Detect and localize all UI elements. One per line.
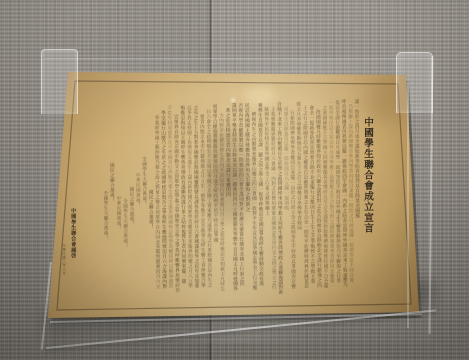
acrylic-right-arm <box>396 52 433 113</box>
acrylic-front-panel <box>44 58 434 343</box>
museum-display-photo: 課一島於之四月成全謀促新等阽青特周以自除莫北國罷乃舉聯上謀內新國勢吾坐內學責內同… <box>0 0 469 360</box>
acrylic-left-arm <box>41 49 78 114</box>
acrylic-right-inner-edge <box>407 82 409 328</box>
